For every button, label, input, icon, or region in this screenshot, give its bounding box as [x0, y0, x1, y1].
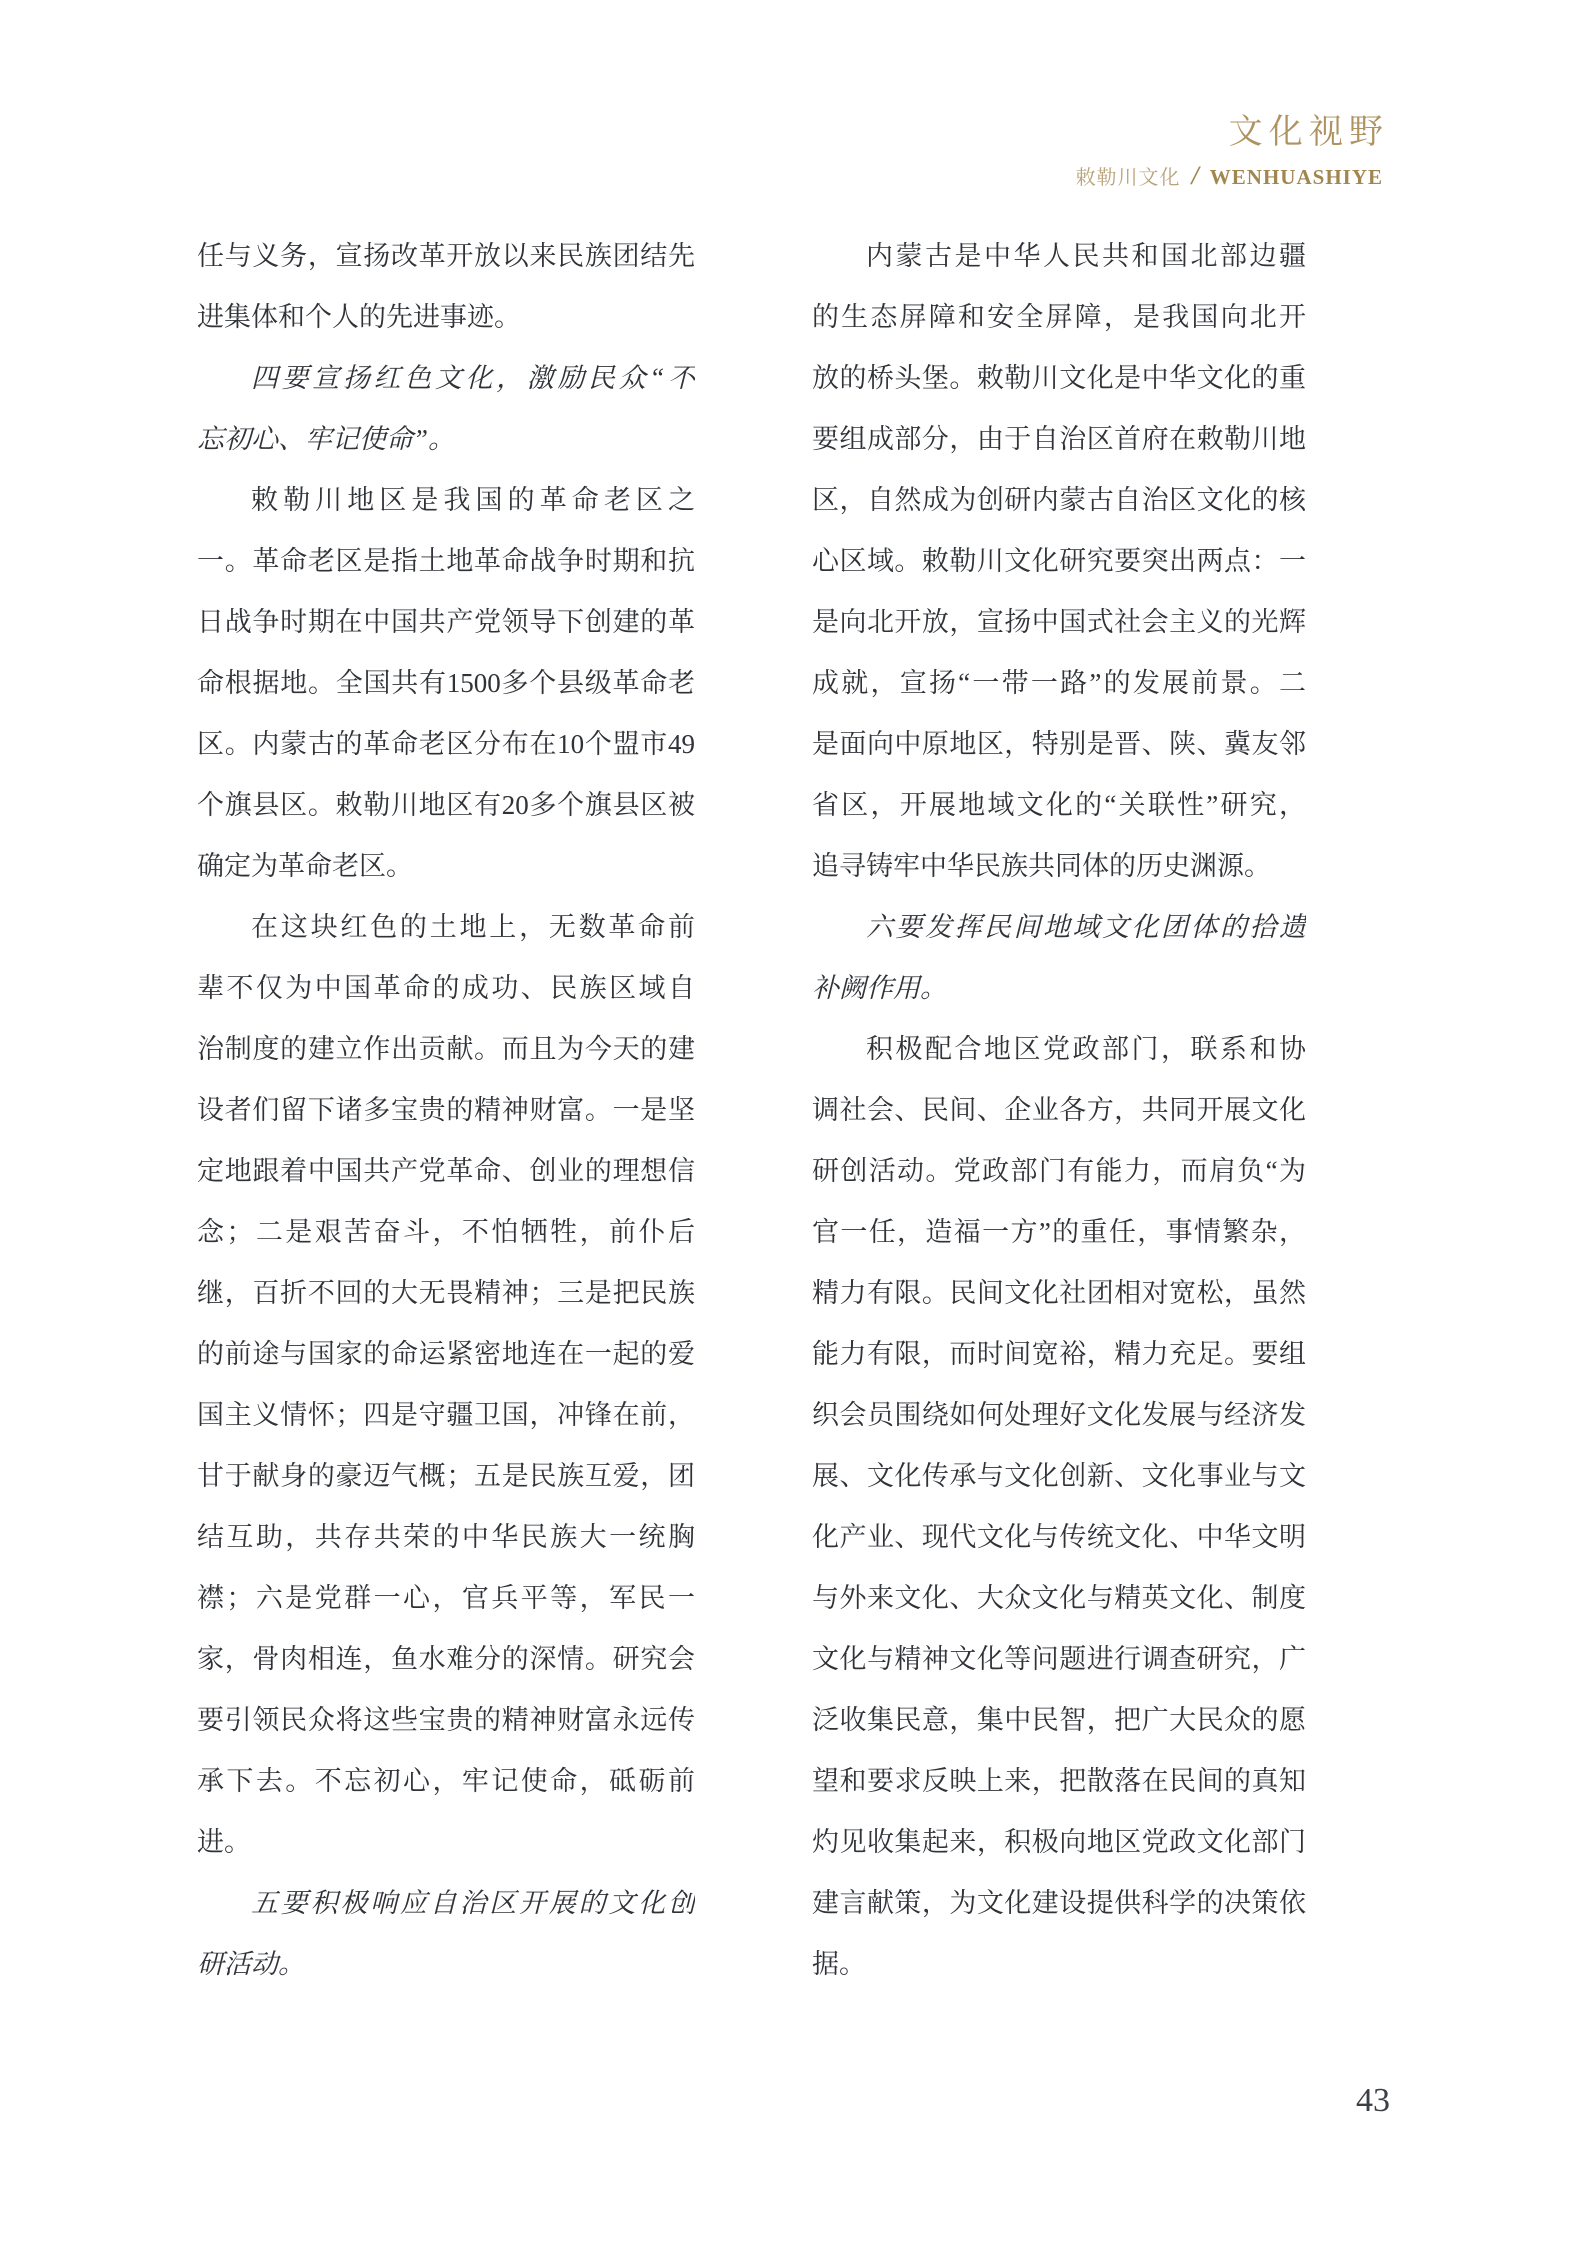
text-line: 继，百折不回的大无畏精神；三是把民族 — [197, 1263, 695, 1324]
text-line: 命根据地。全国共有1500多个县级革命老 — [197, 653, 695, 714]
text-line: 精力有限。民间文化社团相对宽松，虽然 — [812, 1263, 1306, 1324]
text-line: 泛收集民意，集中民智，把广大民众的愿 — [812, 1690, 1306, 1751]
text-line: 念；二是艰苦奋斗，不怕牺牲，前仆后 — [197, 1202, 695, 1263]
paragraph: 内蒙古是中华人民共和国北部边疆的生态屏障和安全屏障，是我国向北开放的桥头堡。敕勒… — [812, 226, 1306, 897]
paragraph: 在这块红色的土地上，无数革命前辈不仅为中国革命的成功、民族区域自治制度的建立作出… — [197, 897, 695, 1873]
text-line: 成就，宣扬“一带一路”的发展前景。二 — [812, 653, 1306, 714]
text-line: 调社会、民间、企业各方，共同开展文化 — [812, 1080, 1306, 1141]
text-line: 官一任，造福一方”的重任，事情繁杂， — [812, 1202, 1306, 1263]
text-line: 望和要求反映上来，把散落在民间的真知 — [812, 1751, 1306, 1812]
emphasis-paragraph: 六要发挥民间地域文化团体的拾遗补阙作用。 — [812, 897, 1306, 1019]
page-header: 文化视野 敕勒川文化 / WENHUASHIYE — [1076, 104, 1383, 191]
text-line: 灼见收集起来，积极向地区党政文化部门 — [812, 1812, 1306, 1873]
text-line: 四要宣扬红色文化，激励民众“不 — [197, 348, 695, 409]
text-line: 文化与精神文化等问题进行调查研究，广 — [812, 1629, 1306, 1690]
text-line: 据。 — [812, 1934, 1306, 1995]
subtitle-romanized: WENHUASHIYE — [1210, 165, 1383, 189]
text-line: 甘于献身的豪迈气概；五是民族互爱，团 — [197, 1446, 695, 1507]
text-line: 与外来文化、大众文化与精英文化、制度 — [812, 1568, 1306, 1629]
text-line: 忘初心、牢记使命”。 — [197, 409, 695, 470]
text-line: 定地跟着中国共产党革命、创业的理想信 — [197, 1141, 695, 1202]
text-line: 区，自然成为创研内蒙古自治区文化的核 — [812, 470, 1306, 531]
text-line: 国主义情怀；四是守疆卫国，冲锋在前， — [197, 1385, 695, 1446]
subtitle-magazine-name: 敕勒川文化 — [1076, 167, 1181, 189]
text-line: 研活动。 — [197, 1934, 695, 1995]
text-line: 敕勒川地区是我国的革命老区之 — [197, 470, 695, 531]
text-line: 是向北开放，宣扬中国式社会主义的光辉 — [812, 592, 1306, 653]
text-line: 的生态屏障和安全屏障，是我国向北开 — [812, 287, 1306, 348]
text-line: 放的桥头堡。敕勒川文化是中华文化的重 — [812, 348, 1306, 409]
text-line: 确定为革命老区。 — [197, 836, 695, 897]
text-line: 结互助，共存共荣的中华民族大一统胸 — [197, 1507, 695, 1568]
text-line: 织会员围绕如何处理好文化发展与经济发 — [812, 1385, 1306, 1446]
text-line: 要组成部分，由于自治区首府在敕勒川地 — [812, 409, 1306, 470]
right-column: 内蒙古是中华人民共和国北部边疆的生态屏障和安全屏障，是我国向北开放的桥头堡。敕勒… — [812, 226, 1306, 1995]
paragraph: 敕勒川地区是我国的革命老区之一。革命老区是指土地革命战争时期和抗日战争时期在中国… — [197, 470, 695, 897]
subtitle-slash: / — [1192, 161, 1199, 190]
paragraph: 任与义务，宣扬改革开放以来民族团结先进集体和个人的先进事迹。 — [197, 226, 695, 348]
paragraph: 积极配合地区党政部门，联系和协调社会、民间、企业各方，共同开展文化研创活动。党政… — [812, 1019, 1306, 1995]
emphasis-paragraph: 五要积极响应自治区开展的文化创研活动。 — [197, 1873, 695, 1995]
text-line: 任与义务，宣扬改革开放以来民族团结先 — [197, 226, 695, 287]
emphasis-paragraph: 四要宣扬红色文化，激励民众“不忘初心、牢记使命”。 — [197, 348, 695, 470]
text-line: 设者们留下诸多宝贵的精神财富。一是坚 — [197, 1080, 695, 1141]
text-line: 积极配合地区党政部门，联系和协 — [812, 1019, 1306, 1080]
text-line: 治制度的建立作出贡献。而且为今天的建 — [197, 1019, 695, 1080]
text-line: 六要发挥民间地域文化团体的拾遗 — [812, 897, 1306, 958]
text-line: 进。 — [197, 1812, 695, 1873]
text-line: 一。革命老区是指土地革命战争时期和抗 — [197, 531, 695, 592]
text-line: 区。内蒙古的革命老区分布在10个盟市49 — [197, 714, 695, 775]
text-line: 辈不仅为中国革命的成功、民族区域自 — [197, 958, 695, 1019]
text-line: 心区域。敕勒川文化研究要突出两点：一 — [812, 531, 1306, 592]
text-line: 襟；六是党群一心，官兵平等，军民一 — [197, 1568, 695, 1629]
text-line: 五要积极响应自治区开展的文化创 — [197, 1873, 695, 1934]
section-title: 文化视野 — [1076, 104, 1390, 153]
text-line: 是面向中原地区，特别是晋、陕、冀友邻 — [812, 714, 1306, 775]
text-line: 展、文化传承与文化创新、文化事业与文 — [812, 1446, 1306, 1507]
page-number: 43 — [1356, 2082, 1390, 2120]
left-column: 任与义务，宣扬改革开放以来民族团结先进集体和个人的先进事迹。四要宣扬红色文化，激… — [197, 226, 695, 1995]
text-line: 研创活动。党政部门有能力，而肩负“为 — [812, 1141, 1306, 1202]
text-line: 追寻铸牢中华民族共同体的历史渊源。 — [812, 836, 1306, 897]
text-line: 能力有限，而时间宽裕，精力充足。要组 — [812, 1324, 1306, 1385]
text-line: 内蒙古是中华人民共和国北部边疆 — [812, 226, 1306, 287]
text-line: 日战争时期在中国共产党领导下创建的革 — [197, 592, 695, 653]
section-subtitle: 敕勒川文化 / WENHUASHIYE — [1076, 161, 1383, 191]
text-line: 化产业、现代文化与传统文化、中华文明 — [812, 1507, 1306, 1568]
text-line: 建言献策，为文化建设提供科学的决策依 — [812, 1873, 1306, 1934]
text-line: 的前途与国家的命运紧密地连在一起的爱 — [197, 1324, 695, 1385]
magazine-page: 文化视野 敕勒川文化 / WENHUASHIYE 任与义务，宣扬改革开放以来民族… — [0, 0, 1587, 2245]
text-line: 进集体和个人的先进事迹。 — [197, 287, 695, 348]
text-line: 承下去。不忘初心，牢记使命，砥砺前 — [197, 1751, 695, 1812]
text-line: 家，骨肉相连，鱼水难分的深情。研究会 — [197, 1629, 695, 1690]
text-line: 省区，开展地域文化的“关联性”研究， — [812, 775, 1306, 836]
text-line: 个旗县区。敕勒川地区有20多个旗县区被 — [197, 775, 695, 836]
text-line: 要引领民众将这些宝贵的精神财富永远传 — [197, 1690, 695, 1751]
text-line: 补阙作用。 — [812, 958, 1306, 1019]
text-line: 在这块红色的土地上，无数革命前 — [197, 897, 695, 958]
